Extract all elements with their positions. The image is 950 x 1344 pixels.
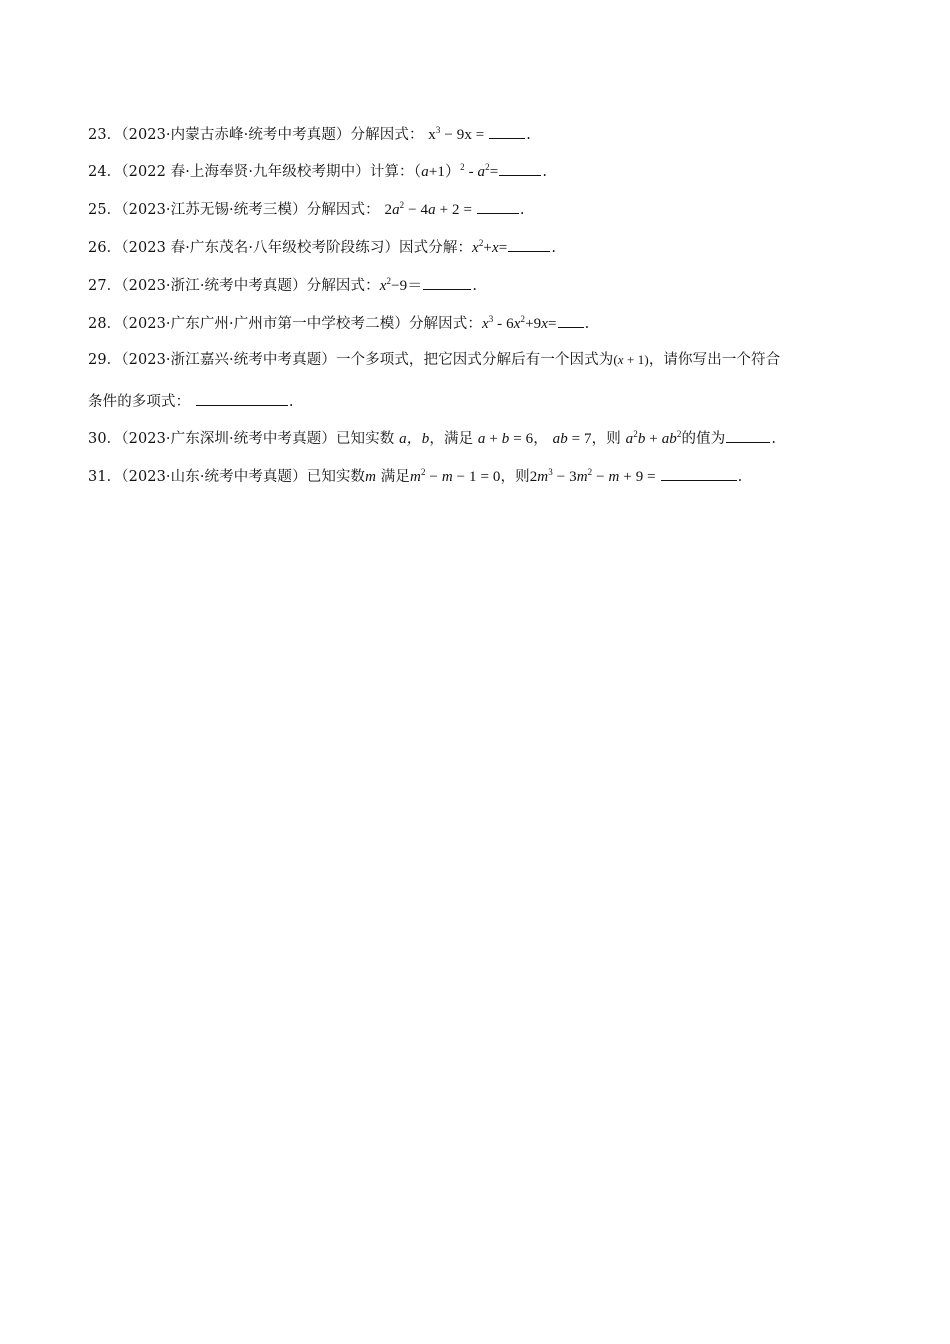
- question-source: （2023·广东广州·广州市第一中学校考二模）: [121, 316, 409, 332]
- math-expression: x2−9＝: [380, 278, 423, 294]
- question-stem: 分解因式：: [307, 202, 380, 218]
- question-stem: 已知实数: [307, 469, 365, 485]
- question-stem: 分解因式：: [307, 278, 380, 294]
- condition-1: a + b = 6: [478, 431, 533, 447]
- math-expression: x3 − 9x =: [428, 127, 488, 143]
- math-expression: （a+1）2 - a2=: [414, 164, 499, 180]
- question-stem: 因式分解：: [399, 240, 472, 256]
- answer-blank[interactable]: [508, 237, 550, 252]
- question-number: 31．: [88, 469, 121, 485]
- question-source: （2022 春·上海奉贤·九年级校考期中）: [121, 164, 370, 180]
- condition: m2 − m − 1 = 0: [410, 469, 500, 485]
- question-stem: 计算：: [370, 164, 414, 180]
- question-29-line-2: 条件的多项式： .: [88, 391, 294, 412]
- math-expression: (x + 1): [613, 352, 648, 367]
- question-number: 23．: [88, 127, 121, 143]
- question-24: 24．（2022 春·上海奉贤·九年级校考期中）计算：（a+1）2 - a2=.: [88, 161, 547, 182]
- question-31: 31．（2023·山东·统考中考真题）已知实数m 满足m2 − m − 1 = …: [88, 466, 742, 487]
- answer-blank[interactable]: [423, 275, 471, 290]
- question-source: （2023·浙江嘉兴·统考中考真题）: [121, 352, 336, 368]
- question-source: （2023 春·广东茂名·八年级校考阶段练习）: [121, 240, 399, 256]
- answer-blank[interactable]: [196, 391, 288, 406]
- condition-2: ab = 7: [553, 431, 592, 447]
- question-29: 29．（2023·浙江嘉兴·统考中考真题）一个多项式，把它因式分解后有一个因式为…: [88, 350, 780, 370]
- answer-blank[interactable]: [499, 161, 541, 176]
- question-stem-line-2: 条件的多项式：: [88, 394, 190, 410]
- question-stem: 已知实数: [336, 431, 394, 447]
- question-26: 26．（2023 春·广东茂名·八年级校考阶段练习）因式分解：x2+x=.: [88, 237, 556, 258]
- question-source: （2023·浙江·统考中考真题）: [121, 278, 306, 294]
- answer-blank[interactable]: [477, 199, 519, 214]
- question-source: （2023·江苏无锡·统考三模）: [121, 202, 306, 218]
- question-number: 30．: [88, 431, 121, 447]
- target-expression: 2m3 − 3m2 − m + 9 =: [530, 469, 660, 485]
- target-expression: a2b + ab2: [626, 431, 682, 447]
- answer-blank[interactable]: [558, 313, 584, 328]
- question-number: 24．: [88, 164, 121, 180]
- question-27: 27．（2023·浙江·统考中考真题）分解因式：x2−9＝.: [88, 275, 477, 296]
- math-expression: 2a2 − 4a + 2 =: [384, 202, 475, 218]
- question-28: 28．（2023·广东广州·广州市第一中学校考二模）分解因式：x3 - 6x2+…: [88, 313, 589, 334]
- variables: a，b: [399, 431, 429, 447]
- document-page: 23．（2023·内蒙古赤峰·统考中考真题）分解因式： x3 − 9x = . …: [0, 0, 950, 1344]
- question-30: 30．（2023·广东深圳·统考中考真题）已知实数 a，b，满足 a + b =…: [88, 428, 776, 449]
- variable-m: m: [365, 469, 376, 485]
- question-23: 23．（2023·内蒙古赤峰·统考中考真题）分解因式： x3 − 9x = .: [88, 124, 531, 145]
- question-source: （2023·广东深圳·统考中考真题）: [121, 431, 336, 447]
- answer-blank[interactable]: [489, 124, 525, 139]
- question-stem: 分解因式：: [351, 127, 424, 143]
- question-number: 25．: [88, 202, 121, 218]
- question-25: 25．（2023·江苏无锡·统考三模）分解因式： 2a2 − 4a + 2 = …: [88, 199, 525, 220]
- question-stem: 一个多项式，把它因式分解后有一个因式为: [336, 352, 613, 368]
- question-number: 29．: [88, 352, 121, 368]
- question-source: （2023·山东·统考中考真题）: [121, 469, 306, 485]
- answer-blank[interactable]: [726, 428, 770, 443]
- math-expression: x3 - 6x2+9x=: [482, 316, 557, 332]
- question-stem-continued: ，请你写出一个符合: [649, 352, 780, 368]
- math-expression: x2+x=: [472, 240, 507, 256]
- question-number: 28．: [88, 316, 121, 332]
- question-number: 26．: [88, 240, 121, 256]
- question-number: 27．: [88, 278, 121, 294]
- question-stem: 分解因式：: [409, 316, 482, 332]
- question-source: （2023·内蒙古赤峰·统考中考真题）: [121, 127, 350, 143]
- answer-blank[interactable]: [661, 466, 737, 481]
